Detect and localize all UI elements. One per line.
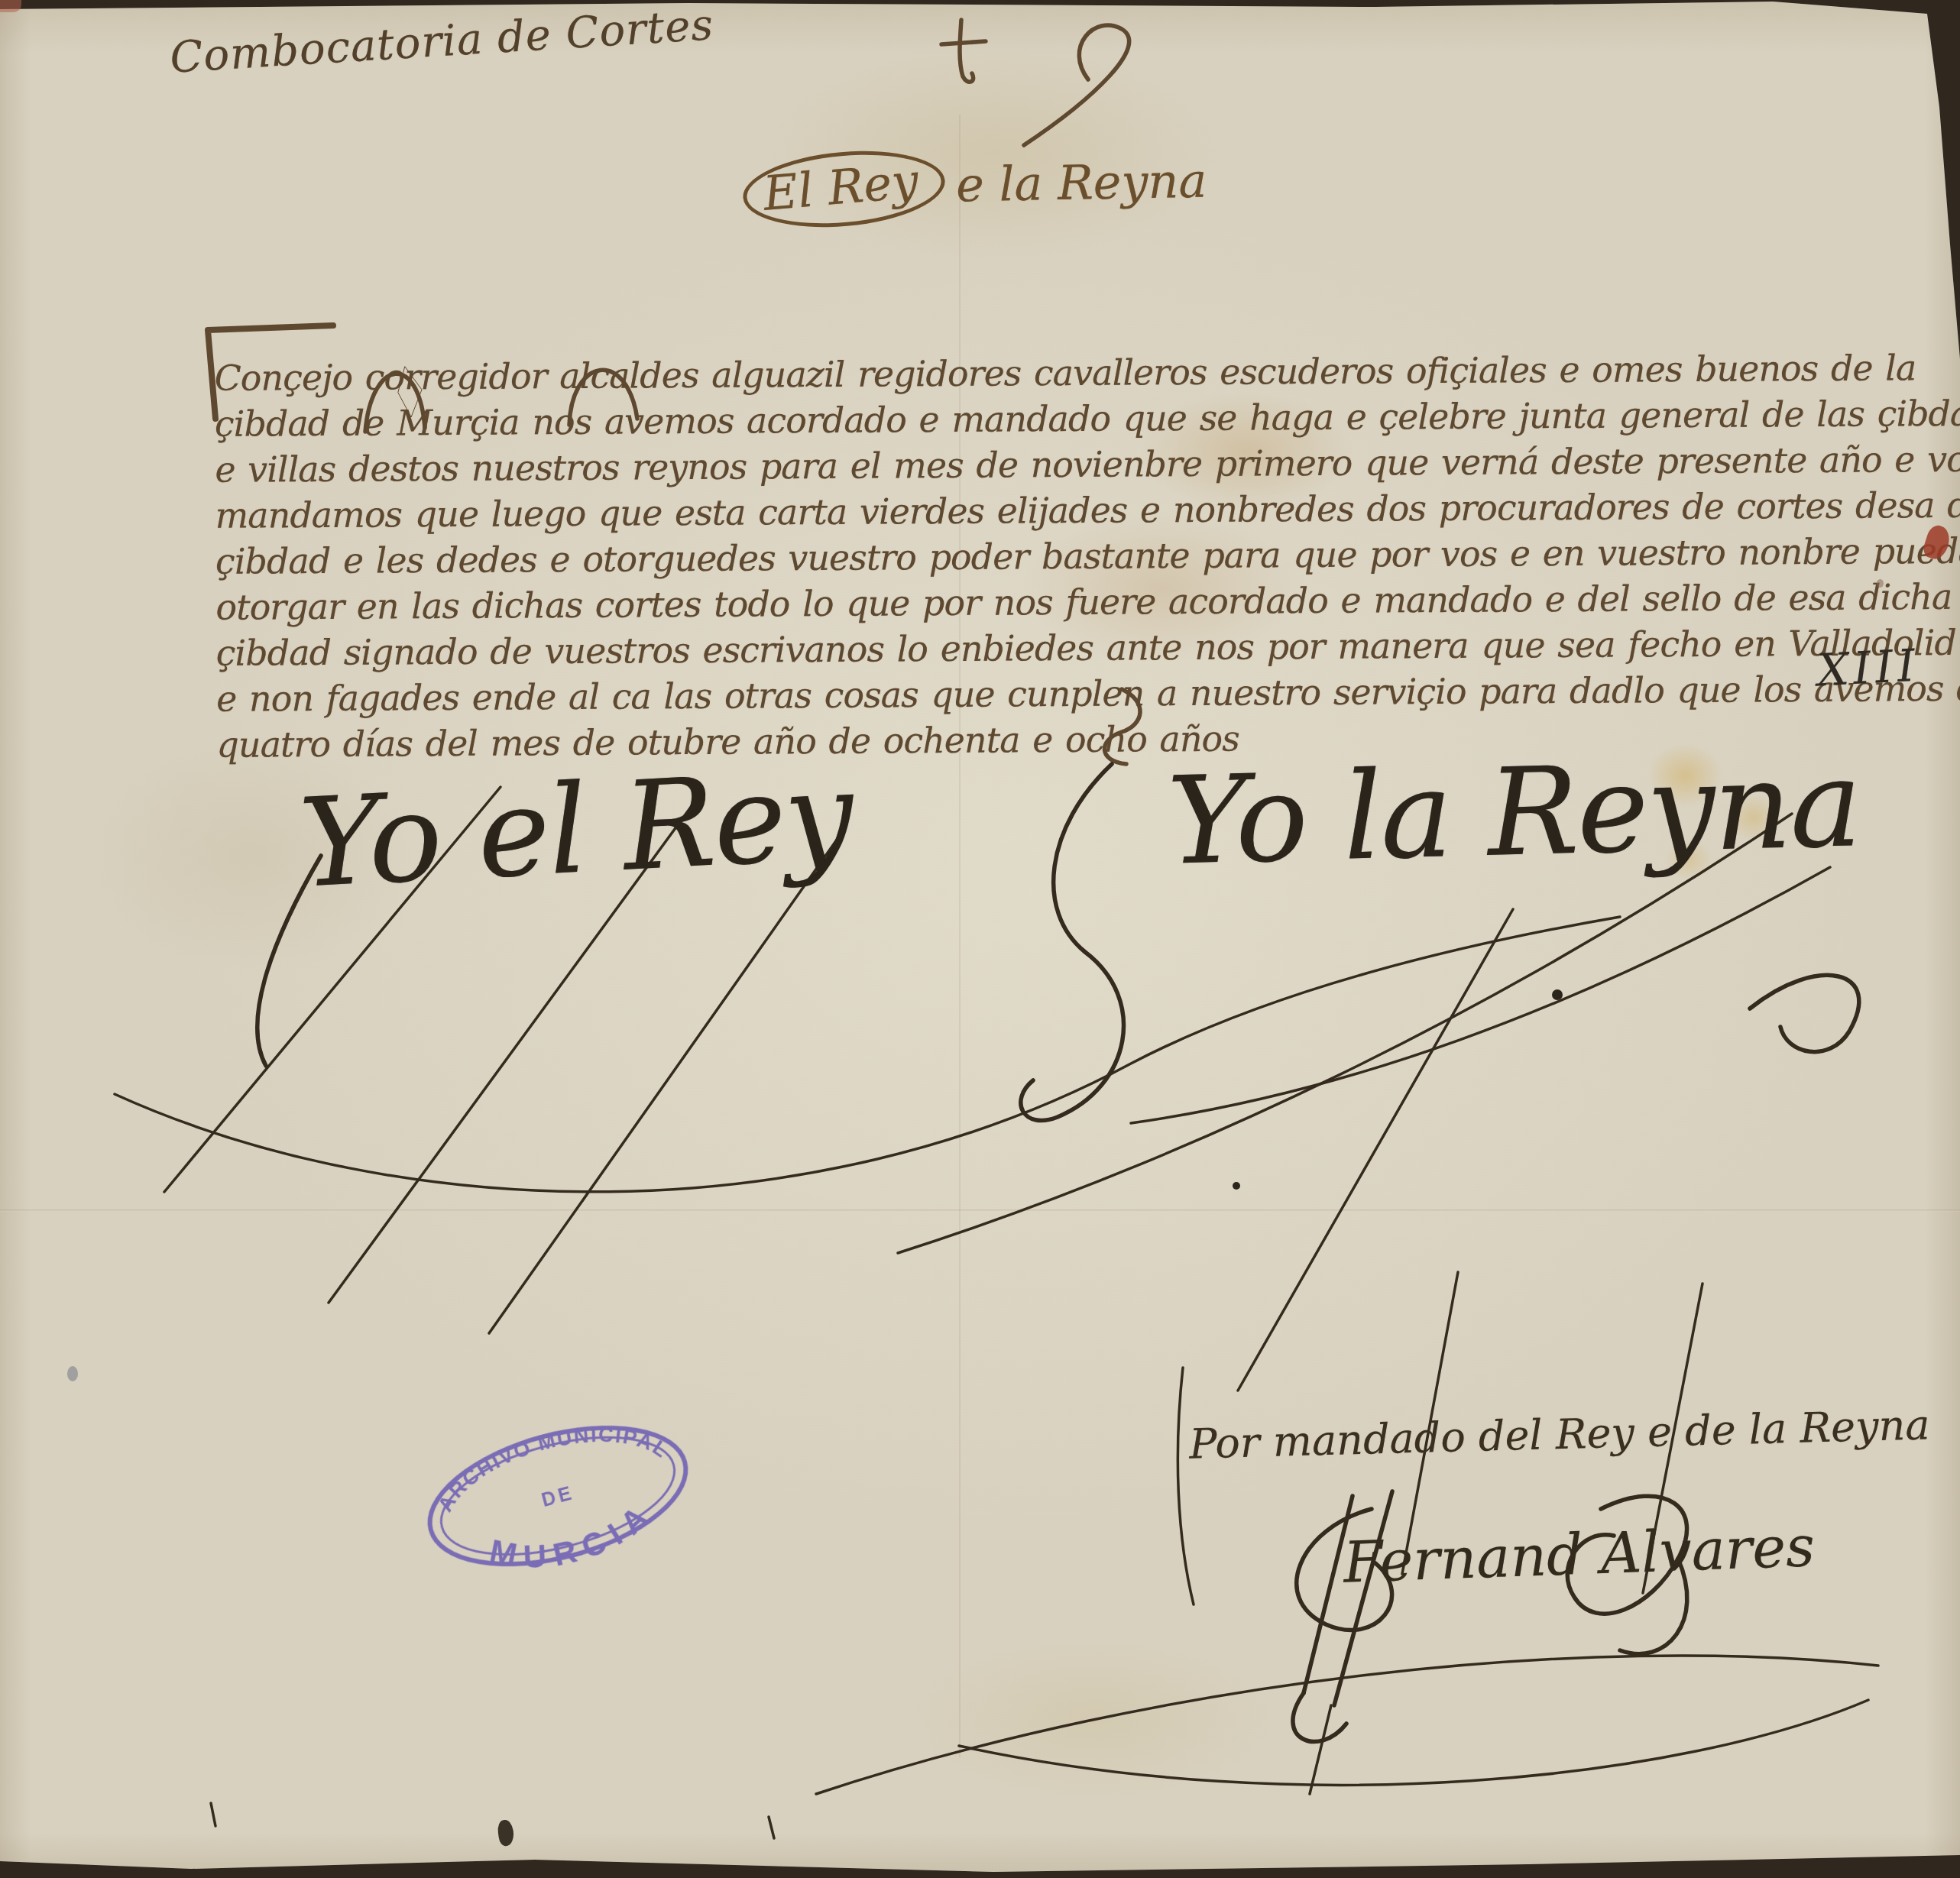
paper-sheet: [0, 0, 1960, 1878]
heading-rest: e la Reyna: [956, 153, 1207, 213]
marginal-numeral: XIII: [1816, 639, 1920, 697]
document-heading: El Reye la Reyna: [742, 146, 1207, 228]
queen-signature: Yo la Reyna: [1166, 733, 1862, 892]
manuscript-scan: Combocatoria de Cortes El Reye la Reyna …: [0, 0, 1960, 1878]
body-text-block: Conçejo corregidor alcaldes alguazil reg…: [214, 345, 1928, 768]
king-signature: Yo el Rey: [296, 743, 856, 915]
stamp-middle-text: DE: [539, 1482, 577, 1511]
heading-circled-words: El Rey: [740, 144, 948, 235]
